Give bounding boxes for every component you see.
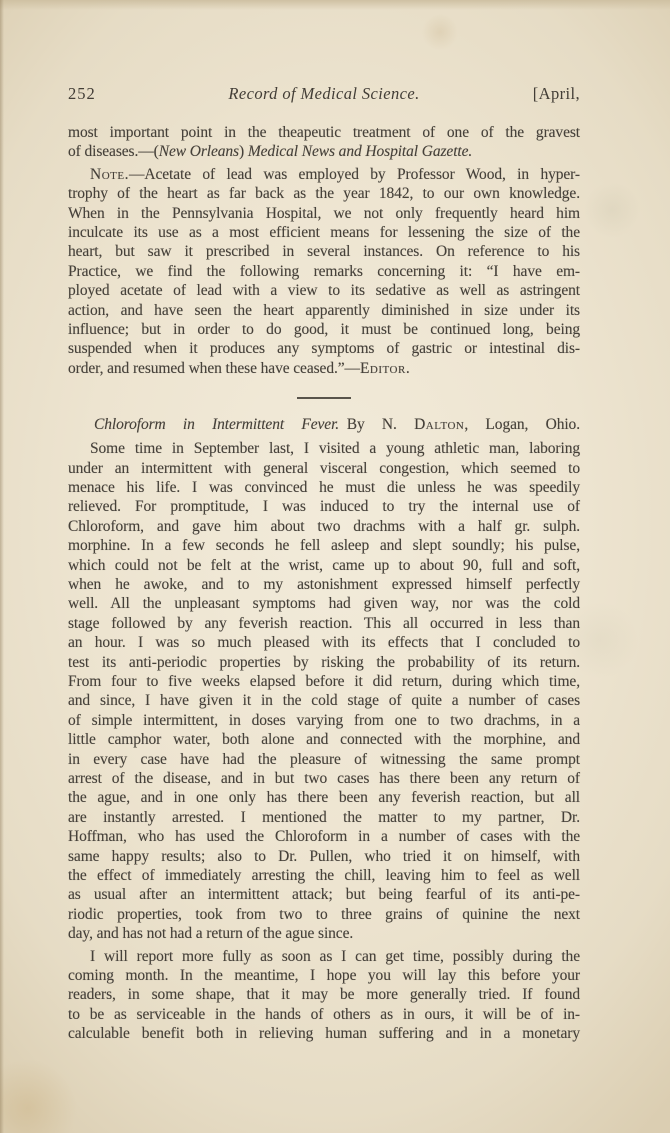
text-line: inculcate its use as a most efficient me… <box>68 223 580 242</box>
article-title: Chloroform in Intermittent Fever. By N. … <box>68 415 580 434</box>
editor-note-paragraph: Note.—Acetate of lead was employed by Pr… <box>68 165 580 378</box>
text-line: ployed acetate of lead with a view to it… <box>68 281 580 300</box>
text-line: the ague, and in one only has there been… <box>68 788 580 807</box>
page-body-text: most important point in the theapeutic t… <box>68 123 580 1044</box>
text-line: same happy results; also to Dr. Pullen, … <box>68 847 580 866</box>
text-line: order, and resumed when these have cease… <box>68 359 580 378</box>
text-line: trophy of the heart as far back as the y… <box>68 184 580 203</box>
text-line: in every case have had the pleasure of w… <box>68 750 580 769</box>
text-line: menace his life. I was convinced he must… <box>68 478 580 497</box>
text-line: Note.—Acetate of lead was employed by Pr… <box>68 165 580 184</box>
text-line: when he awoke, and to my astonishment ex… <box>68 575 580 594</box>
text-line: Hoffman, who has used the Chloroform in … <box>68 827 580 846</box>
text-line: little camphor water, both alone and con… <box>68 730 580 749</box>
text-line: most important point in the theapeutic t… <box>68 123 580 142</box>
page-scan: 252 Record of Medical Science. [April, m… <box>0 0 670 1133</box>
text-line: relieved. For promptitude, I was induced… <box>68 497 580 516</box>
text-line: riodic properties, took from two to thre… <box>68 905 580 924</box>
section-divider <box>68 387 580 406</box>
text-line: heart, but saw it prescribed in several … <box>68 242 580 261</box>
text-line: influence; but in order to do good, it m… <box>68 320 580 339</box>
text-line: I will report more fully as soon as I ca… <box>68 947 580 966</box>
text-line: day, and has not had a return of the agu… <box>68 924 580 943</box>
text-line: test its anti-periodic properties by ris… <box>68 653 580 672</box>
text-line: calculable benefit both in relieving hum… <box>68 1024 580 1043</box>
journal-title: Record of Medical Science. <box>178 84 470 104</box>
text-line: under an intermittent with general visce… <box>68 459 580 478</box>
text-line: the effect of immediately arresting the … <box>68 866 580 885</box>
running-header: 252 Record of Medical Science. [April, <box>68 84 580 104</box>
text-line: When in the Pennsylvania Hospital, we no… <box>68 204 580 223</box>
text-line: morphine. In a few seconds he fell aslee… <box>68 536 580 555</box>
page-number: 252 <box>68 84 178 104</box>
text-line: which could not be felt at the wrist, ca… <box>68 556 580 575</box>
text-line: arrest of the disease, and in but two ca… <box>68 769 580 788</box>
text-line: of simple intermittent, in doses varying… <box>68 711 580 730</box>
text-column: 252 Record of Medical Science. [April, m… <box>68 84 580 1047</box>
text-line: well. All the unpleasant symptoms had gi… <box>68 594 580 613</box>
text-line: of diseases.—(New Orleans) Medical News … <box>68 142 580 161</box>
text-line: an hour. I was so much pleased with its … <box>68 633 580 652</box>
text-line: Chloroform in Intermittent Fever. By N. … <box>68 415 580 434</box>
text-line: to be as serviceable in the hands of oth… <box>68 1005 580 1024</box>
divider-line <box>297 397 351 399</box>
text-line: stage followed by any feverish reaction.… <box>68 614 580 633</box>
article-body-paragraph-2: I will report more fully as soon as I ca… <box>68 947 580 1044</box>
text-line: are instantly arrested. I mentioned the … <box>68 808 580 827</box>
text-line: action, and have seen the heart apparent… <box>68 301 580 320</box>
text-line: suspended when it produces any symptoms … <box>68 339 580 358</box>
text-line: Practice, we find the following remarks … <box>68 262 580 281</box>
closing-paragraph-previous-article: most important point in the theapeutic t… <box>68 123 580 162</box>
text-line: From four to five weeks elapsed before i… <box>68 672 580 691</box>
article-body-paragraph-1: Some time in September last, I visited a… <box>68 439 580 944</box>
text-line: as usual after an intermittent attack; b… <box>68 885 580 904</box>
text-line: Chloroform, and gave him about two drach… <box>68 517 580 536</box>
text-line: and since, I have given it in the cold s… <box>68 691 580 710</box>
issue-month: [April, <box>470 84 580 104</box>
text-line: Some time in September last, I visited a… <box>68 439 580 458</box>
text-line: readers, in some shape, that it may be m… <box>68 985 580 1004</box>
text-line: coming month. In the meantime, I hope yo… <box>68 966 580 985</box>
